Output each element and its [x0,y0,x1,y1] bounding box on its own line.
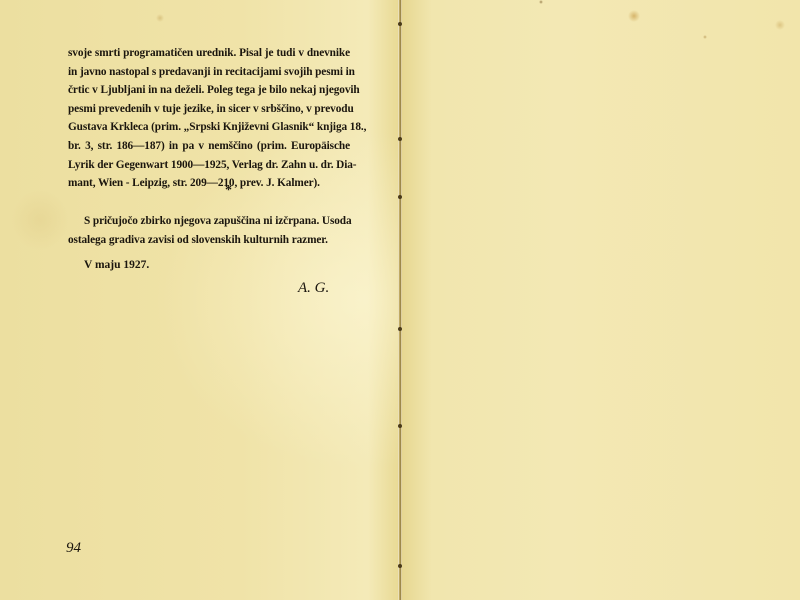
text-line: br. 3, str. 186—187) in pa v nemščino (p… [68,137,350,156]
binding-stitch-icon [398,424,402,428]
text-line: ostalega gradiva zavisi od slovenskih ku… [68,231,350,250]
binding-stitch-icon [398,137,402,141]
dateline: V maju 1927. [84,259,149,271]
binding-stitch-icon [398,195,402,199]
text-line: in javno nastopal s predavanji in recita… [68,63,350,82]
book-gutter [398,0,402,600]
text-line: mant, Wien - Leipzig, str. 209—210, prev… [68,174,350,193]
text-line: svoje smrti programatičen urednik. Pisal… [68,44,350,63]
binding-stitch-icon [398,22,402,26]
text-line: črtic v Ljubljani in na deželi. Poleg te… [68,81,350,100]
right-page [400,0,800,600]
author-signature: A. G. [298,280,329,297]
text-line: Gustava Krkleca (prim. „Srpski Književni… [68,118,350,137]
section-separator: * [225,183,232,199]
paragraph-1: svoje smrti programatičen urednik. Pisal… [68,44,350,193]
page-number: 94 [66,540,81,557]
text-line: pesmi prevedenih v tuje jezike, in sicer… [68,100,350,119]
binding-stitch-icon [398,564,402,568]
paragraph-2: S pričujočo zbirko njegova zapuščina ni … [68,212,350,249]
text-line: S pričujočo zbirko njegova zapuščina ni … [68,212,350,231]
left-page: svoje smrti programatičen urednik. Pisal… [0,0,400,600]
binding-stitch-icon [398,327,402,331]
text-line: Lyrik der Gegenwart 1900—1925, Verlag dr… [68,156,350,175]
